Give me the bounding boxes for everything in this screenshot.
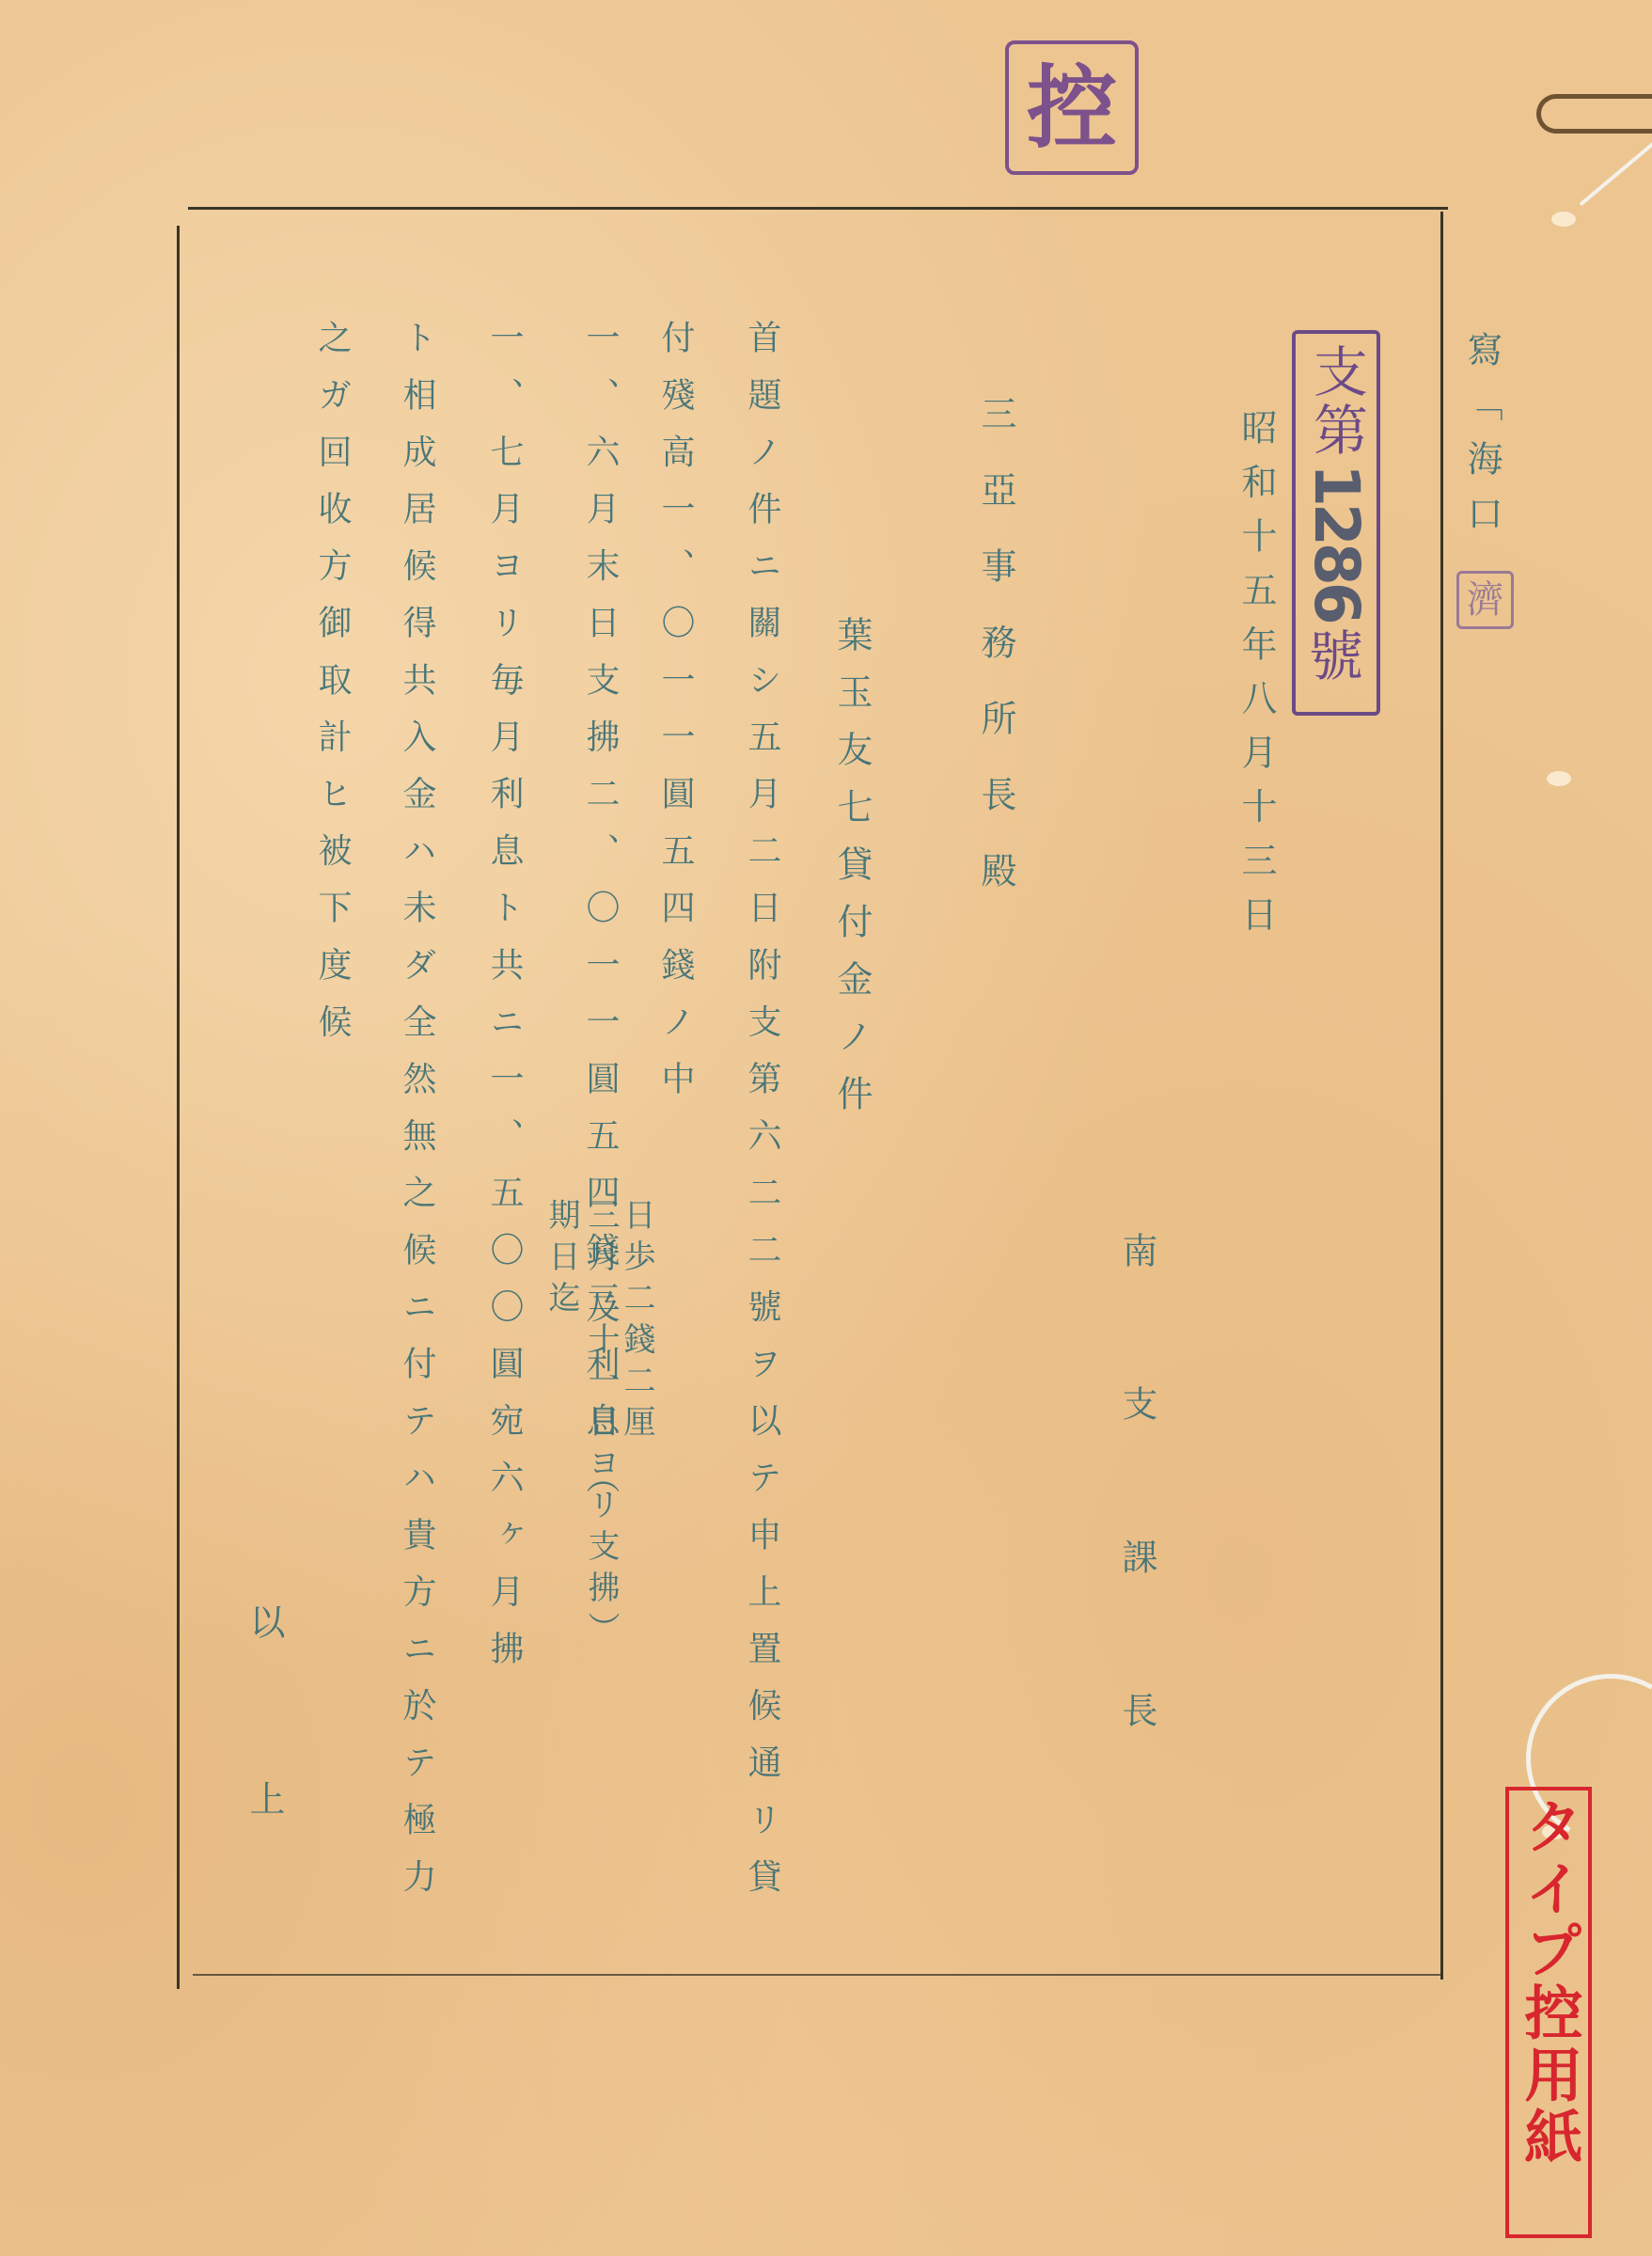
file-number: 1286 bbox=[1305, 464, 1367, 622]
binding-hole bbox=[1551, 212, 1576, 227]
frame-rule-top bbox=[188, 207, 1448, 210]
binding-hole bbox=[1547, 771, 1571, 786]
frame-rule-right bbox=[1440, 212, 1443, 1980]
body-line-6: 之ガ回收方御取計ヒ被下度候 bbox=[315, 320, 349, 1061]
interest-note-a: 日歩二錢二厘 bbox=[621, 1198, 653, 1446]
body-line-2: 付殘高一、〇一一圓五四錢ノ中 bbox=[658, 320, 692, 1117]
closing: 以上 bbox=[246, 1603, 282, 1957]
type-copy-paper-stamp: タイプ控用紙 bbox=[1505, 1787, 1592, 2238]
document-page: 控 支第 1286 號 濟 タイプ控用紙 寫「海口 昭和十五年八月十三日 南支課… bbox=[0, 0, 1652, 2256]
frame-rule-left bbox=[177, 226, 180, 1989]
sender: 南支課長 bbox=[1119, 1232, 1155, 1845]
recipient: 三亞事務所長殿 bbox=[978, 395, 1014, 928]
file-number-suffix: 號 bbox=[1309, 625, 1363, 687]
margin-note: 寫「海口 bbox=[1464, 331, 1500, 549]
paper-clip-icon bbox=[1536, 94, 1652, 134]
interest-note-b: 三月三十一日ヨリ支拂） bbox=[585, 1198, 617, 1653]
interest-note-c: 期日迄 bbox=[545, 1198, 577, 1322]
file-number-prefix: 支第 bbox=[1305, 343, 1367, 460]
hikae-copy-stamp: 控 bbox=[1005, 40, 1139, 175]
letter-date: 昭和十五年八月十三日 bbox=[1238, 409, 1274, 950]
binding-string-icon bbox=[1579, 136, 1652, 206]
subject: 葉玉友七貸付金ノ件 bbox=[834, 616, 870, 1132]
processed-stamp: 濟 bbox=[1456, 571, 1514, 629]
body-line-4: 一、七月ヨリ毎月利息ト共ニ一、五〇〇圓宛六ヶ月拂 bbox=[487, 320, 521, 1687]
body-line-1: 首題ノ件ニ關シ五月二日附支第六二二號ヲ以テ申上置候通リ貸 bbox=[745, 320, 779, 1916]
body-line-5: ト相成居候得共入金ハ未ダ全然無之候ニ付テハ貴方ニ於テ極力 bbox=[400, 320, 433, 1916]
frame-rule-bottom bbox=[193, 1974, 1443, 1976]
file-number-stamp: 支第 1286 號 bbox=[1292, 330, 1380, 716]
